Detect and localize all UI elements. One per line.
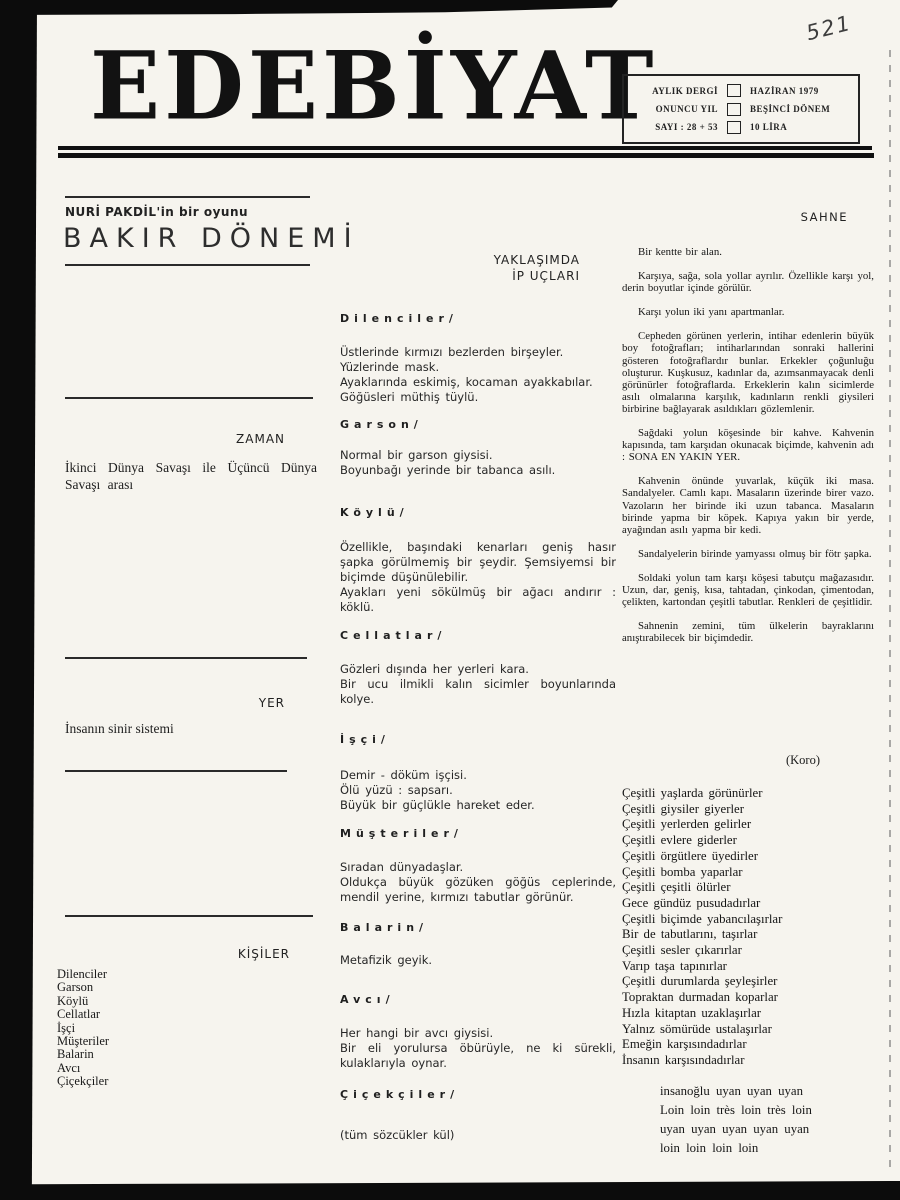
closing-line: loin loin loin loin [660,1139,812,1158]
scan-edge-top [0,0,618,15]
entry-text: (tüm sözcükler kül) [340,1128,616,1143]
entry-text-line: Bir ucu ilmikli kalın sicimler boyunları… [340,677,616,707]
character-item: Balarin [57,1048,109,1061]
character-item: Garson [57,981,109,994]
koro-line: Çeşitli evlere giderler [622,833,880,849]
stage-paragraph: Karşı yolun iki yanı apartmanlar. [622,306,874,318]
stage-directions: Bir kentte bir alan.Karşıya, sağa, sola … [622,246,874,656]
yer-text: İnsanın sinir sistemi [65,721,174,737]
entry-heading: İşçi/ [340,733,616,746]
character-item: İşçi [57,1022,109,1035]
play-title: BAKIR DÖNEMİ [63,223,360,254]
entry-text-line: Oldukça büyük gözüken göğüs ceplerinde, … [340,875,616,905]
byline: NURİ PAKDİL'in bir oyunu [65,205,248,219]
handwritten-page-number: 521 [804,11,855,45]
divider [65,264,310,266]
koro-line: Topraktan durmadan koparlar [622,990,880,1006]
entry-text: Normal bir garson giysisi.Boyunbağı yeri… [340,448,616,478]
entry-text-line: Her hangi bir avcı giysisi. [340,1026,616,1041]
koro-line: Çeşitli bomba yaparlar [622,865,880,881]
entry-text-line: Bir eli yorulursa öbürüyle, ne ki sürekl… [340,1041,616,1071]
entry-text-line: Ayaklarında eskimiş, kocaman ayakkabılar… [340,375,616,390]
entry-text-line: Demir - döküm işçisi. [340,768,616,783]
stage-paragraph: Cepheden görünen yerlerin, intihar edenl… [622,330,874,415]
koro-line: Çeşitli durumlarda şeyleşirler [622,974,880,990]
info-row: AYLIK DERGİHAZİRAN 1979 [630,84,852,97]
scan-edge-left [0,0,37,1200]
entry-text: Özellikle, başındaki kenarları geniş has… [340,540,616,615]
entry-heading: Çiçekçiler/ [340,1088,616,1101]
divider [58,153,874,158]
koro-line: Çeşitli biçimde yabancılaşırlar [622,912,880,928]
character-item: Müşteriler [57,1035,109,1048]
character-item: Dilenciler [57,968,109,981]
info-right-label: 10 LİRA [750,122,787,132]
info-left-label: SAYI : 28 + 53 [630,122,718,132]
info-left-label: AYLIK DERGİ [630,86,718,96]
entry-text: Her hangi bir avcı giysisi.Bir eli yorul… [340,1026,616,1071]
zaman-text: İkinci Dünya Savaşı ile Üçüncü Dünya Sav… [65,459,317,493]
koro-line: Çeşitli sesler çıkarırlar [622,943,880,959]
koro-line: Çeşitli çeşitli ölürler [622,880,880,896]
entry-heading: Köylü/ [340,506,616,519]
divider [65,397,313,399]
yer-label: YER [65,696,285,710]
heading-line: İP UÇLARI [340,268,580,284]
magazine-page: 521 EDEBİYAT AYLIK DERGİHAZİRAN 1979ONUN… [0,0,900,1200]
closing-verse: insanoğlu uyan uyan uyanLoin loin très l… [660,1082,812,1158]
koro-label: (Koro) [620,753,820,768]
entry-text-line: Özellikle, başındaki kenarları geniş has… [340,540,616,585]
koro-line: İnsanın karşısındadırlar [622,1053,880,1069]
checkbox-icon [727,103,741,116]
stage-paragraph: Kahvenin önünde yuvarlak, küçük iki masa… [622,475,874,535]
info-right-label: HAZİRAN 1979 [750,86,819,96]
entry-heading: Avcı/ [340,993,616,1006]
koro-line: Gece gündüz pusudadırlar [622,896,880,912]
closing-line: uyan uyan uyan uyan uyan [660,1120,812,1139]
entry-text-line: Ayakları yeni sökülmüş bir ağacı andırır… [340,585,616,615]
koro-line: Yalnız sömürüde ustalaşırlar [622,1022,880,1038]
entry-heading: Balarin/ [340,921,616,934]
stage-paragraph: Soldaki yolun tam karşı köşesi tabutçu m… [622,572,874,608]
divider [65,915,313,917]
middle-column-heading: YAKLAŞIMDA İP UÇLARI [340,252,580,284]
koro-line: Çeşitli yaşlarda görünürler [622,786,880,802]
heading-line: YAKLAŞIMDA [340,252,580,268]
entry-text-line: Yüzlerinde mask. [340,360,616,375]
divider [65,770,287,772]
scan-edge-right [889,50,891,1175]
entry-text-line: Üstlerinde kırmızı bezlerden birşeyler. [340,345,616,360]
info-row: SAYI : 28 + 5310 LİRA [630,121,852,134]
entry-heading: Cellatlar/ [340,629,616,642]
divider [58,146,872,150]
koro-line: Varıp taşa tapınırlar [622,959,880,975]
character-item: Çiçekçiler [57,1075,109,1088]
kisiler-label: KİŞİLER [65,947,290,961]
stage-paragraph: Sandalyelerin birinde yamyassı olmuş bir… [622,548,874,560]
entry-text-line: (tüm sözcükler kül) [340,1128,616,1143]
stage-paragraph: Sahnenin zemini, tüm ülkelerin bayraklar… [622,620,874,644]
entry-text: Metafizik geyik. [340,953,616,968]
entry-text-line: Göğüsleri müthiş tüylü. [340,390,616,405]
stage-paragraph: Bir kentte bir alan. [622,246,874,258]
entry-text-line: Sıradan dünyadaşlar. [340,860,616,875]
sahne-label: SAHNE [620,210,848,224]
entry-heading: Garson/ [340,418,616,431]
koro-line: Çeşitli yerlerden gelirler [622,817,880,833]
koro-line: Çeşitli giysiler giyerler [622,802,880,818]
entry-text-line: Normal bir garson giysisi. [340,448,616,463]
divider [65,657,307,659]
character-item: Cellatlar [57,1008,109,1021]
character-item: Köylü [57,995,109,1008]
character-item: Avcı [57,1062,109,1075]
entry-text-line: Metafizik geyik. [340,953,616,968]
divider [65,196,310,198]
entry-heading: Dilenciler/ [340,312,616,325]
entry-text: Gözleri dışında her yerleri kara.Bir ucu… [340,662,616,707]
zaman-label: ZAMAN [65,432,285,446]
entry-text: Üstlerinde kırmızı bezlerden birşeyler.Y… [340,345,616,405]
info-row: ONUNCU YILBEŞİNCİ DÖNEM [630,103,852,116]
checkbox-icon [727,84,741,97]
koro-verse: Çeşitli yaşlarda görünürlerÇeşitli giysi… [622,786,880,1069]
stage-paragraph: Karşıya, sağa, sola yollar ayrılır. Özel… [622,270,874,294]
stage-paragraph: Sağdaki yolun köşesinde bir kahve. Kahve… [622,427,874,463]
entry-heading: Müşteriler/ [340,827,616,840]
info-right-label: BEŞİNCİ DÖNEM [750,104,830,114]
entry-text-line: Boyunbağı yerinde bir tabanca asılı. [340,463,616,478]
magazine-title: EDEBİYAT [90,37,657,136]
koro-line: Çeşitli örgütlere üyedirler [622,849,880,865]
issue-info-box: AYLIK DERGİHAZİRAN 1979ONUNCU YILBEŞİNCİ… [622,74,860,144]
character-list: DilencilerGarsonKöylüCellatlarİşçiMüşter… [57,968,109,1089]
koro-line: Bir de tabutlarını, taşırlar [622,927,880,943]
checkbox-icon [727,121,741,134]
koro-line: Hızla kitaptan uzaklaşırlar [622,1006,880,1022]
entry-text: Demir - döküm işçisi.Ölü yüzü : sapsarı.… [340,768,616,813]
scan-edge-bottom [0,1181,900,1200]
entry-text: Sıradan dünyadaşlar.Oldukça büyük gözüke… [340,860,616,905]
info-left-label: ONUNCU YIL [630,104,718,114]
entry-text-line: Gözleri dışında her yerleri kara. [340,662,616,677]
closing-line: Loin loin très loin très loin [660,1101,812,1120]
entry-text-line: Ölü yüzü : sapsarı. [340,783,616,798]
koro-line: Emeğin karşısındadırlar [622,1037,880,1053]
entry-text-line: Büyük bir güçlükle hareket eder. [340,798,616,813]
closing-line: insanoğlu uyan uyan uyan [660,1082,812,1101]
